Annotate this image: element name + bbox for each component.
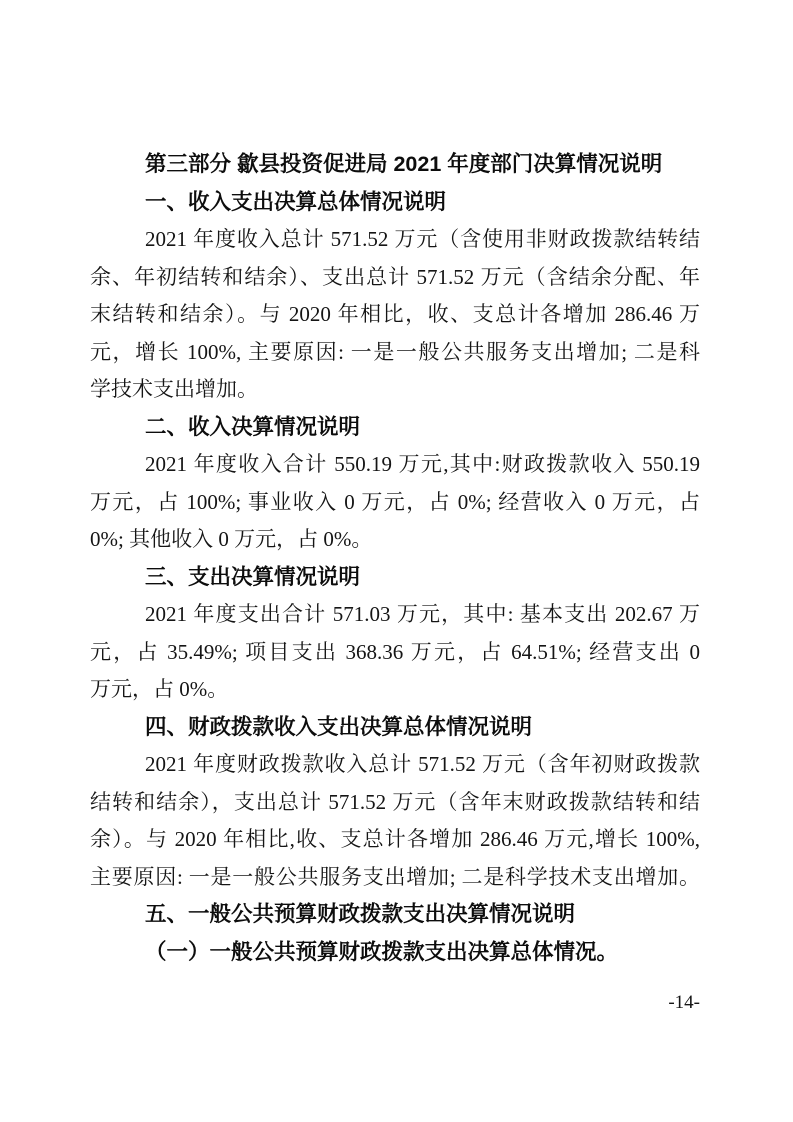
section-2-heading: 二、收入决算情况说明 [90,409,700,447]
section-3-heading: 三、支出决算情况说明 [90,559,700,597]
document-page: 第三部分 歙县投资促进局 2021 年度部门决算情况说明 一、收入支出决算总体情… [0,0,793,1122]
document-body: 第三部分 歙县投资促进局 2021 年度部门决算情况说明 一、收入支出决算总体情… [90,146,700,971]
paragraph-line: 2021 年度支出合计 571.03 万元，其中: 基本支出 202.67 万 [90,596,700,634]
part-heading: 第三部分 歙县投资促进局 2021 年度部门决算情况说明 [90,146,700,184]
paragraph-line: 学技术支出增加。 [90,371,700,409]
paragraph-line: 元，占 35.49%; 项目支出 368.36 万元，占 64.51%; 经营支… [90,634,700,672]
section-4-heading: 四、财政拨款收入支出决算总体情况说明 [90,709,700,747]
section-5-heading: 五、一般公共预算财政拨款支出决算情况说明 [90,896,700,934]
paragraph-line: 万元，占 0%。 [90,671,700,709]
section-1-heading: 一、收入支出决算总体情况说明 [90,184,700,222]
paragraph-line: 结转和结余），支出总计 571.52 万元（含年末财政拨款结转和结 [90,784,700,822]
paragraph-line: 2021 年度收入合计 550.19 万元,其中:财政拨款收入 550.19 [90,446,700,484]
paragraph-line: 0%; 其他收入 0 万元，占 0%。 [90,521,700,559]
paragraph-line: 2021 年度收入总计 571.52 万元（含使用非财政拨款结转结 [90,221,700,259]
subsection-5-1-heading: （一）一般公共预算财政拨款支出决算总体情况。 [90,934,700,972]
paragraph-line: 万元，占 100%; 事业收入 0 万元，占 0%; 经营收入 0 万元，占 [90,484,700,522]
paragraph-line: 余）。与 2020 年相比,收、支总计各增加 286.46 万元,增长 100%… [90,821,700,859]
paragraph-line: 主要原因: 一是一般公共服务支出增加; 二是科学技术支出增加。 [90,859,700,897]
paragraph-line: 2021 年度财政拨款收入总计 571.52 万元（含年初财政拨款 [90,746,700,784]
paragraph-line: 元，增长 100%, 主要原因: 一是一般公共服务支出增加; 二是科 [90,334,700,372]
paragraph-line: 余、年初结转和结余）、支出总计 571.52 万元（含结余分配、年 [90,259,700,297]
page-number: -14- [90,992,700,1014]
paragraph-line: 末结转和结余）。与 2020 年相比，收、支总计各增加 286.46 万 [90,296,700,334]
